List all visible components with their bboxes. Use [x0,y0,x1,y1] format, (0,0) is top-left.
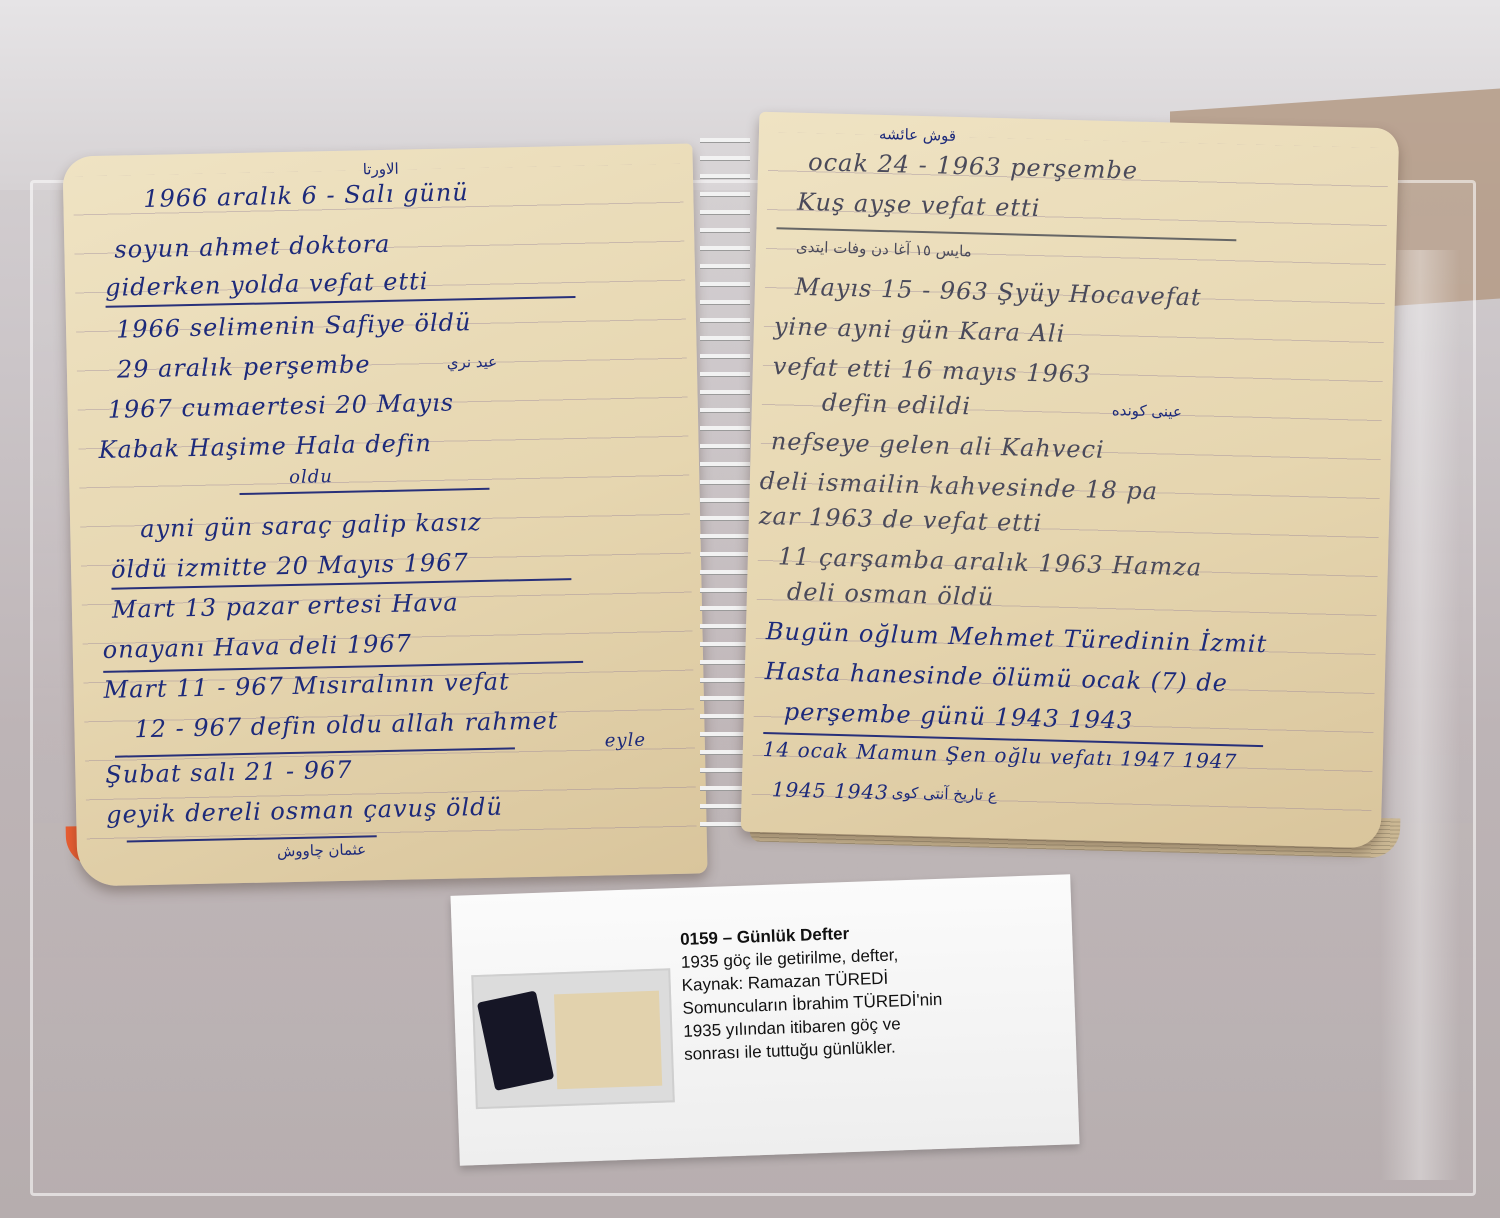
ottoman-annotation: عثمان چاووش [277,840,367,860]
handwriting-line: deli osman öldü [787,578,995,611]
handwriting-line: 29 aralık perşembe [117,350,371,383]
handwriting-line: oldu [289,466,333,488]
handwriting-line: eyle [605,730,647,752]
notebook-thumbnail-photo [471,968,675,1109]
handwriting-line: 1945 1943 [771,777,889,804]
left-page: الاورتا 1966 aralık 6 - Salı günü soyun … [62,143,707,886]
handwriting-line: Şubat salı 21 - 967 [105,756,353,789]
handwriting-line: soyun ahmet doktora [114,230,391,264]
label-text: 0159 – Günlük Defter 1935 göç ile getiri… [680,919,945,1066]
ottoman-annotation: عينی کونده [1112,401,1183,421]
ottoman-annotation: قوش عائشه [879,125,957,145]
open-notebook: الاورتا 1966 aralık 6 - Salı günü soyun … [60,120,1410,880]
thumbnail-open-notebook [554,991,662,1090]
right-page: قوش عائشه ocak 24 - 1963 perşembe Kuş ay… [741,112,1400,849]
ottoman-annotation: الاورتا [363,160,399,179]
exhibit-label: 0159 – Günlük Defter 1935 göç ile getiri… [450,874,1079,1165]
ottoman-annotation: عيد نري [447,353,498,372]
ottoman-annotation: ع تاریخ آنتی کوی [892,783,998,804]
handwriting-line: defin edildi [822,388,972,420]
thumbnail-notebook-cover [477,990,554,1091]
